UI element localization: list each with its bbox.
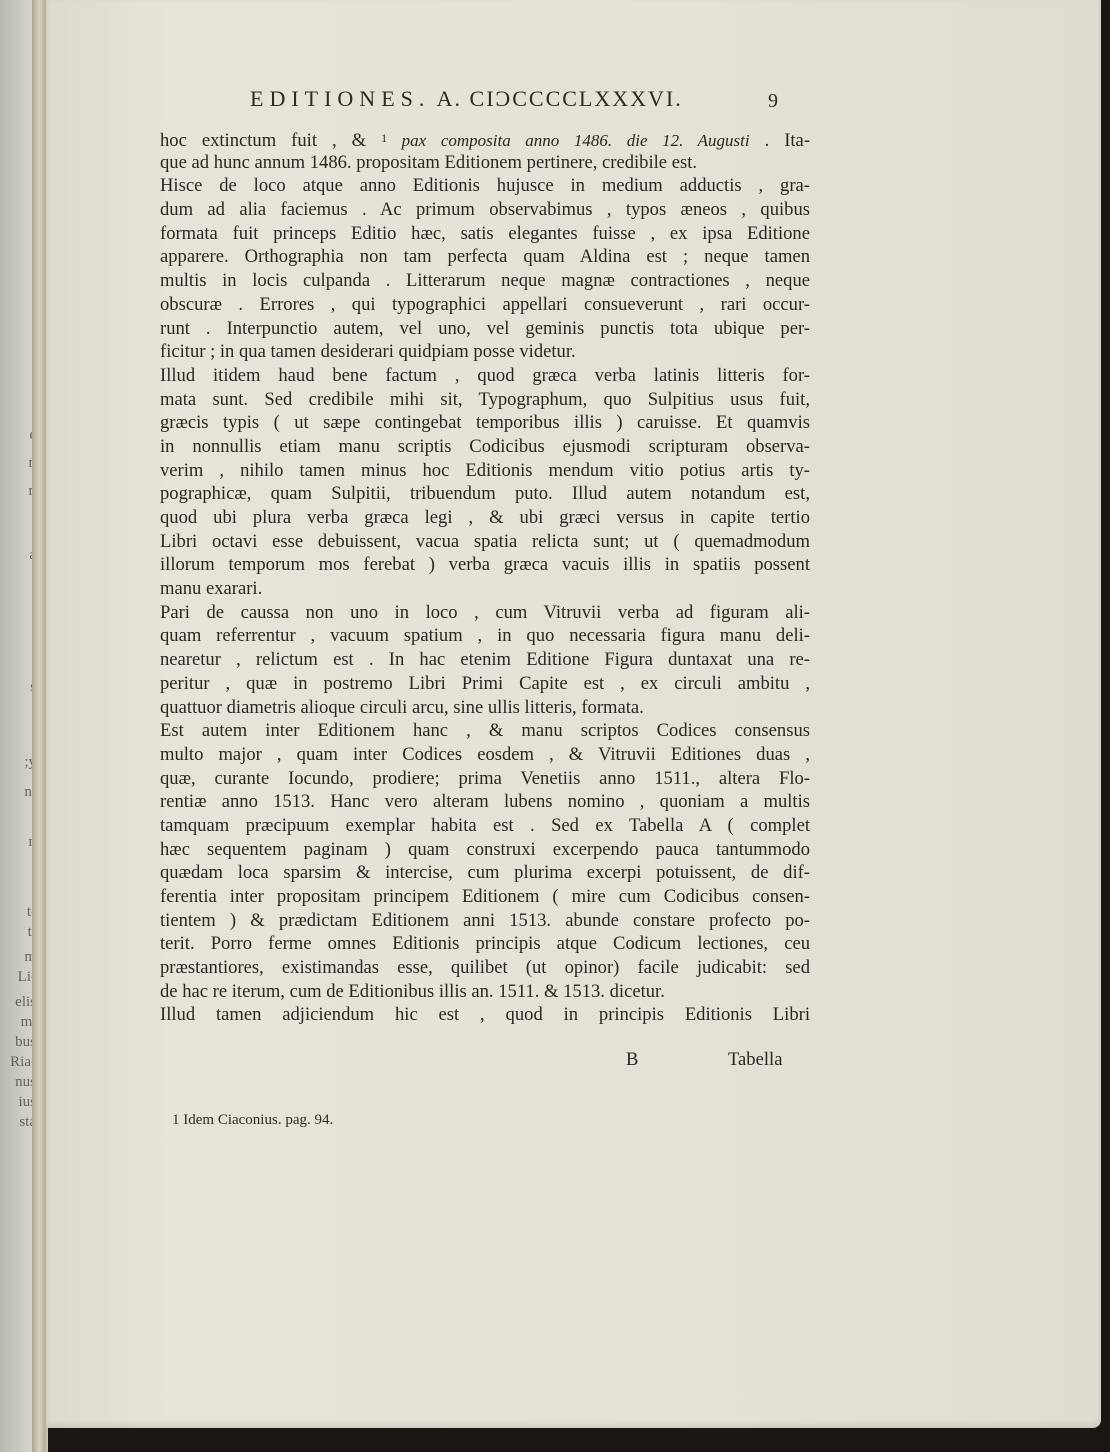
text-line: de hac re iterum, cum de Editionibus ill…	[160, 980, 810, 1004]
text-line: tamquam præcipuum exemplar habita est . …	[160, 814, 810, 838]
text-line: Libri octavi esse debuissent, vacua spat…	[160, 530, 810, 554]
paragraph: Est autem inter Editionem hanc , & manu …	[160, 719, 810, 1003]
text-line: in nonnullis etiam manu scriptis Codicib…	[160, 435, 810, 459]
text-line: Illud tamen adjiciendum hic est , quod i…	[160, 1003, 810, 1027]
text-line: formata fuit princeps Editio hæc, satis …	[160, 222, 810, 246]
signature-mark: B	[626, 1049, 638, 1071]
line-text: hoc extinctum fuit , &	[160, 130, 381, 151]
text-line: manu exarari.	[160, 577, 810, 601]
body-text: hoc extinctum fuit , & 1 pax composita a…	[160, 127, 810, 1027]
text-line: nearetur , relictum est . In hac etenim …	[160, 648, 810, 672]
footnote: 1 Idem Ciaconius. pag. 94.	[172, 1112, 333, 1129]
text-line: ferentia inter propositam principem Edit…	[160, 885, 810, 909]
page-number: 9	[768, 90, 780, 113]
text-line: pographicæ, quam Sulpitii, tribuendum pu…	[160, 482, 810, 506]
text-line: obscuræ . Errores , qui typographici app…	[160, 293, 810, 317]
text-line: Hisce de loco atque anno Editionis hujus…	[160, 174, 810, 198]
paragraph: Illud itidem haud bene factum , quod græ…	[160, 364, 810, 601]
text-line: Pari de caussa non uno in loco , cum Vit…	[160, 601, 810, 625]
text-line: græcis typis ( ut sæpe contingebat tempo…	[160, 411, 810, 435]
paragraph: hoc extinctum fuit , & 1 pax composita a…	[160, 127, 810, 174]
line-text: . Ita-	[750, 130, 810, 151]
text-line: ficitur ; in qua tamen desiderari quidpi…	[160, 340, 810, 364]
text-line: quæ, curante Iocundo, prodiere; prima Ve…	[160, 767, 810, 791]
text-line: multis in locis culpanda . Litterarum ne…	[160, 269, 810, 293]
paragraph: Illud tamen adjiciendum hic est , quod i…	[160, 1003, 810, 1027]
italic-quote: pax composita anno 1486. die 12. Augusti	[387, 131, 749, 150]
text-line: illorum temporum mos ferebat ) verba græ…	[160, 553, 810, 577]
text-line: que ad hunc annum 1486. propositam Editi…	[160, 151, 810, 175]
paragraph: Hisce de loco atque anno Editionis hujus…	[160, 174, 810, 364]
text-line: rentiæ anno 1513. Hanc vero alteram lube…	[160, 790, 810, 814]
text-line: mata sunt. Sed credibile mihi sit, Typog…	[160, 388, 810, 412]
text-line: tientem ) & prædictam Editionem anni 151…	[160, 909, 810, 933]
page-foot-marks: B Tabella	[160, 1049, 810, 1073]
text-line: hoc extinctum fuit , & 1 pax composita a…	[160, 127, 810, 151]
text-line: Est autem inter Editionem hanc , & manu …	[160, 719, 810, 743]
text-line: præstantiores, existimandas esse, quilib…	[160, 956, 810, 980]
text-line: quædam loca sparsim & intercise, cum plu…	[160, 861, 810, 885]
text-line: peritur , quæ in postremo Libri Primi Ca…	[160, 672, 810, 696]
text-line: apparere. Orthographia non tam perfecta …	[160, 245, 810, 269]
text-line: multo major , quam inter Codices eosdem …	[160, 743, 810, 767]
text-line: Illud itidem haud bene factum , quod græ…	[160, 364, 810, 388]
text-line: dum ad alia faciemus . Ac primum observa…	[160, 198, 810, 222]
running-title: EDITIONES. A. CIϽCCCCLXXXVI.	[250, 86, 683, 112]
text-line: hæc sequentem paginam ) quam construxi e…	[160, 838, 810, 862]
running-title-word: EDITIONES.	[250, 86, 430, 111]
text-line: verim , nihilo tamen minus hoc Editionis…	[160, 459, 810, 483]
paragraph: Pari de caussa non uno in loco , cum Vit…	[160, 601, 810, 719]
running-title-year: A. CIϽCCCCLXXXVI.	[437, 86, 683, 111]
text-line: quod ubi plura verba græca legi , & ubi …	[160, 506, 810, 530]
text-line: quattuor diametris alioque circuli arcu,…	[160, 696, 810, 720]
text-line: runt . Interpunctio autem, vel uno, vel …	[160, 317, 810, 341]
text-line: quam referrentur , vacuum spatium , in q…	[160, 624, 810, 648]
text-line: terit. Porro ferme omnes Editionis princ…	[160, 932, 810, 956]
catchword: Tabella	[728, 1049, 782, 1071]
